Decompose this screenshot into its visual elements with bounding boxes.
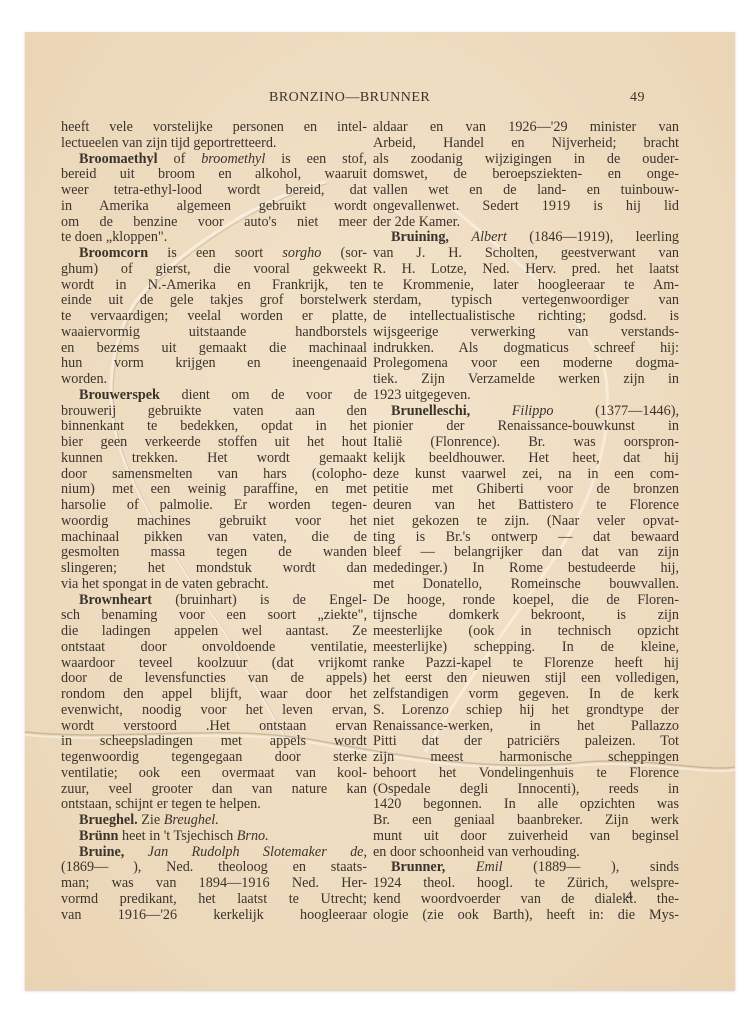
page-number: 49 bbox=[630, 90, 645, 106]
text-line: ongevallenwet. Sedert 1919 is hij lid bbox=[373, 199, 679, 215]
text-line: van J. H. Scholten, geestverwant van bbox=[373, 246, 679, 262]
text-line: wijsgeerige verwerking van verstands- bbox=[373, 325, 679, 341]
text-line: hun vorm krijgen en ineengenaaid bbox=[61, 356, 367, 372]
entry-term: Brueghel. bbox=[79, 812, 138, 828]
italic-text: Filippo bbox=[512, 403, 554, 419]
left-column: heeft vele vorstelijke personen en intel… bbox=[61, 120, 367, 923]
text-line: zijn meest harmonische scheppingen bbox=[373, 750, 679, 766]
text-line: aldaar en van 1926—'29 minister van bbox=[373, 120, 679, 136]
entry-heading-line: Broomcorn is een soort sorgho (sor- bbox=[61, 246, 367, 262]
italic-text: Emil bbox=[476, 859, 503, 875]
text-line: lectueelen van zijn tijd geportretteerd. bbox=[61, 136, 367, 152]
text-line: ventilatie; ook een overmaat van kool- bbox=[61, 766, 367, 782]
text-line: vormd predikant, het laatst te Utrecht; bbox=[61, 892, 367, 908]
text-line: vallen wet en de land- en tuinbouw- bbox=[373, 183, 679, 199]
text-line: via het spongat in de vaten gebracht. bbox=[61, 577, 367, 593]
text-line: niet gekozen te zijn. (Naar veler opvat- bbox=[373, 514, 679, 530]
text-line: einde uit de gele takjes grof borstelwer… bbox=[61, 293, 367, 309]
italic-text: Albert bbox=[471, 229, 506, 245]
text-line: tiek. Zijn Verzamelde werken zijn in bbox=[373, 372, 679, 388]
text-line: harsolie of palmolie. Er worden tegen- bbox=[61, 498, 367, 514]
entry-heading-line: Bruining, Albert (1846—1919), leerling bbox=[373, 230, 679, 246]
text-line: in Amerika algemeen gebruikt wordt bbox=[61, 199, 367, 215]
text-line: Italië (Flonrence). Br. was oorspron- bbox=[373, 435, 679, 451]
text-line: bier geen verkeerde stoffen uit het hout bbox=[61, 435, 367, 451]
text-line: de intellectualistische richting; godsd.… bbox=[373, 309, 679, 325]
text-line: meesterlijke (ook in technisch opzicht bbox=[373, 624, 679, 640]
text-line: rondom den appel blijft, waar door het bbox=[61, 687, 367, 703]
entry-heading-line: Broomaethyl of broomethyl is een stof, bbox=[61, 152, 367, 168]
text-line: wordt in N.-Amerika en Frankrijk, ten bbox=[61, 278, 367, 294]
text-line: Prolegomena voor een moderne dogma- bbox=[373, 356, 679, 372]
text-line: tijnsche domkerk bekroont, is zijn bbox=[373, 608, 679, 624]
text-line: deuren van het Battistero te Florence bbox=[373, 498, 679, 514]
entry-term: Brunner, bbox=[391, 859, 445, 875]
text-line: indrukken. Als dogmaticus schreef hij: bbox=[373, 341, 679, 357]
text-line: met Donatello, Romeinsche bouwvallen. bbox=[373, 577, 679, 593]
text-line: (Ospedale degli Innocenti), reeds in bbox=[373, 782, 679, 798]
text-line: zelfstandigen vorm gegeven. In de kerk bbox=[373, 687, 679, 703]
text-line: waaiervormig uitstaande handborstels bbox=[61, 325, 367, 341]
text-line: R. H. Lotze, Ned. Herv. pred. het laatst bbox=[373, 262, 679, 278]
text-line: ghum) of gierst, die vooral gekweekt bbox=[61, 262, 367, 278]
text-line: kelijk beeldhouwer. Het heet, dat hij bbox=[373, 451, 679, 467]
entry-term: Brouwerspek bbox=[79, 387, 160, 403]
entry-heading-line: Bruine, Jan Rudolph Slotemaker de, bbox=[61, 845, 367, 861]
italic-text: broomethyl bbox=[201, 151, 265, 167]
text-line: sterdam, typisch vertegenwoordiger van bbox=[373, 293, 679, 309]
text-line: worden. bbox=[61, 372, 367, 388]
text-line: sch benaming voor een soort „ziekte", bbox=[61, 608, 367, 624]
text-line: door de levensfuncties van de appels) bbox=[61, 671, 367, 687]
text-line: van 1916—'26 kerkelijk hoogleeraar bbox=[61, 908, 367, 924]
entry-term: Broomcorn bbox=[79, 245, 148, 261]
text-line: binnenkant te bedekken, opdat in het bbox=[61, 419, 367, 435]
text-line: petitie met Ghiberti voor de bronzen bbox=[373, 482, 679, 498]
entry-heading-line: Brueghel. Zie Breughel. bbox=[61, 813, 367, 829]
text-line: ting is Br.'s ontwerp — dat bewaard bbox=[373, 530, 679, 546]
text-line: 1924 theol. hoogl. te Zürich, welspre- bbox=[373, 876, 679, 892]
text-line: mededinger.) In Rome bestudeerde hij, bbox=[373, 561, 679, 577]
text-line: bereid uit broom en alkohol, waaruit bbox=[61, 167, 367, 183]
text-line: ontstaan, schijnt er tegen te helpen. bbox=[61, 797, 367, 813]
text-line: en door schoonheid van verhouding. bbox=[373, 845, 679, 861]
text-line: te Krommenie, later hoogleeraar te Am- bbox=[373, 278, 679, 294]
text-line: slingeren; het mondstuk wordt dan bbox=[61, 561, 367, 577]
text-line: kend woordvoerder van de dialekt. the- bbox=[373, 892, 679, 908]
text-line: deze kunst vaarwel zei, na in een com- bbox=[373, 467, 679, 483]
text-line: te vervaardigen; veelal worden er platte… bbox=[61, 309, 367, 325]
text-line: man; was van 1894—1916 Ned. Her- bbox=[61, 876, 367, 892]
text-line: der 2de Kamer. bbox=[373, 215, 679, 231]
entry-heading-line: Brunner, Emil (1889— ), sinds bbox=[373, 860, 679, 876]
text-line: als zoodanig wijzigingen in de ouder- bbox=[373, 152, 679, 168]
entry-term: Brunelleschi, bbox=[391, 403, 470, 419]
entry-term: Bruining, bbox=[391, 229, 449, 245]
italic-text: Breughel. bbox=[164, 812, 219, 828]
text-line: domswet, de beroepsziekten- en onge- bbox=[373, 167, 679, 183]
text-line: te doen „kloppen". bbox=[61, 230, 367, 246]
right-column: aldaar en van 1926—'29 minister vanArbei… bbox=[373, 120, 679, 923]
text-line: S. Lorenzo schiep hij het grondtype der bbox=[373, 703, 679, 719]
text-line: het eerst den nieuwen stijl een volledig… bbox=[373, 671, 679, 687]
text-line: machinaal pikken van vaten, die de bbox=[61, 530, 367, 546]
text-line: gesmolten massa tegen de wanden bbox=[61, 545, 367, 561]
text-line: ontstaat door onvoldoende ventilatie, bbox=[61, 640, 367, 656]
text-line: brouwerij gebruikte vaten aan den bbox=[61, 404, 367, 420]
text-line: Renaissance-werken, in het Pallazzo bbox=[373, 719, 679, 735]
italic-text: Brno. bbox=[237, 828, 269, 844]
text-line: kunnen trekken. Het wordt gemaakt bbox=[61, 451, 367, 467]
entry-term: Bruine, bbox=[79, 844, 124, 860]
entry-heading-line: Brownheart (bruinhart) is de Engel- bbox=[61, 593, 367, 609]
running-header: BRONZINO—BRUNNER 49 bbox=[25, 90, 735, 110]
text-line: munt uit door zuiverheid van beginsel bbox=[373, 829, 679, 845]
text-line: ologie (zie ook Barth), heeft in: die My… bbox=[373, 908, 679, 924]
signature-mark: 4 bbox=[626, 888, 633, 904]
text-line: Arbeid, Handel en Nijverheid; bracht bbox=[373, 136, 679, 152]
text-line: De hooge, ronde koepel, die de Floren- bbox=[373, 593, 679, 609]
text-line: behoort het Vondelingenhuis te Florence bbox=[373, 766, 679, 782]
text-line: 1420 begonnen. In alle opzichten was bbox=[373, 797, 679, 813]
entry-heading-line: Brünn heet in 't Tsjechisch Brno. bbox=[61, 829, 367, 845]
entry-term: Broomaethyl bbox=[79, 151, 158, 167]
text-line: Br. een geniaal baanbreker. Zijn werk bbox=[373, 813, 679, 829]
running-title: BRONZINO—BRUNNER bbox=[269, 90, 430, 106]
text-line: waardoor teveel koolzuur (dat vrijkomt bbox=[61, 656, 367, 672]
entry-term: Brünn bbox=[79, 828, 118, 844]
entry-heading-line: Brouwerspek dient om de voor de bbox=[61, 388, 367, 404]
text-line: bleef — belangrijker dan dat van zijn bbox=[373, 545, 679, 561]
text-line: woordig machines gebruikt voor het bbox=[61, 514, 367, 530]
text-line: in scheepsladingen met appels wordt bbox=[61, 734, 367, 750]
text-line: die ladingen appelen wel aantast. Ze bbox=[61, 624, 367, 640]
italic-text: Jan Rudolph Slotemaker de, bbox=[148, 844, 367, 860]
entry-heading-line: Brunelleschi, Filippo (1377—1446), bbox=[373, 404, 679, 420]
text-line: door samensmelten van hars (colopho- bbox=[61, 467, 367, 483]
text-line: ranke Pazzi-kapel te Florenze heeft hij bbox=[373, 656, 679, 672]
text-line: Pitti dat der patriciërs paleizen. Tot bbox=[373, 734, 679, 750]
text-line: om de benzine voor auto's niet meer bbox=[61, 215, 367, 231]
text-line: pionier der Renaissance-bouwkunst in bbox=[373, 419, 679, 435]
text-line: nium) met een weinig paraffine, en met bbox=[61, 482, 367, 498]
text-line: heeft vele vorstelijke personen en intel… bbox=[61, 120, 367, 136]
text-line: en bezems uit gemaakt die machinaal bbox=[61, 341, 367, 357]
text-line: tegenwoordig tegengegaan door sterke bbox=[61, 750, 367, 766]
text-line: meesterlijke) schepping. In de kleine, bbox=[373, 640, 679, 656]
italic-text: sorgho bbox=[282, 245, 321, 261]
text-line: wordt verstoord .Het ontstaan ervan bbox=[61, 719, 367, 735]
text-line: evenwicht, noodig voor het leven ervan, bbox=[61, 703, 367, 719]
text-line: zuur, veel grooter dan van nature kan bbox=[61, 782, 367, 798]
text-line: weer tetra-ethyl-lood wordt bereid, dat bbox=[61, 183, 367, 199]
book-page: BRONZINO—BRUNNER 49 heeft vele vorstelij… bbox=[25, 32, 735, 990]
entry-term: Brownheart bbox=[79, 592, 152, 608]
text-line: 1923 uitgegeven. bbox=[373, 388, 679, 404]
text-line: (1869— ), Ned. theoloog en staats- bbox=[61, 860, 367, 876]
